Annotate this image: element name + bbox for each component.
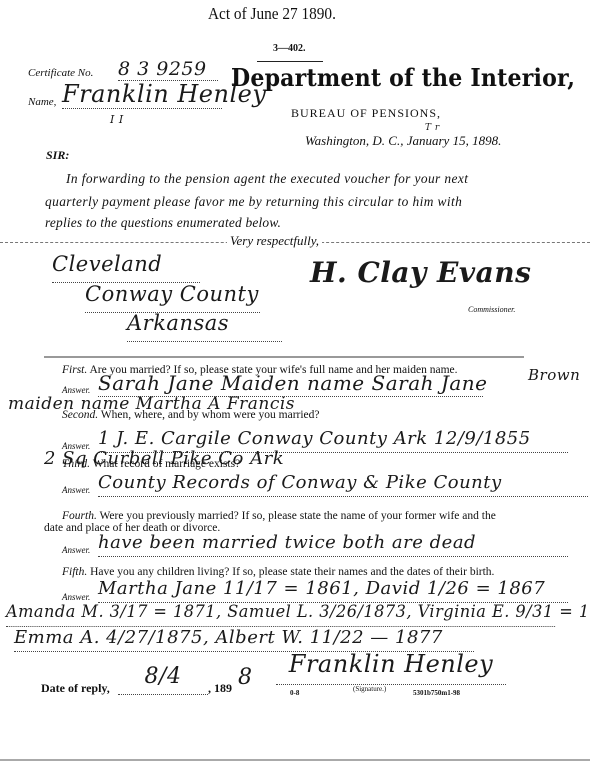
- form-code-1: 0-8: [290, 689, 299, 697]
- question-3-text: What record of marriage exists?: [93, 458, 241, 470]
- question-1-ordinal: First.: [62, 364, 87, 376]
- header-rule: [257, 61, 323, 62]
- form-code-2: 5301b750m1-98: [413, 689, 460, 697]
- answer-5-line-1: Martha Jane 11/17 = 1861, David 1/26 = 1…: [98, 578, 568, 603]
- answer-4-label: Answer.: [62, 545, 90, 555]
- commissioner-title: Commissioner.: [468, 305, 515, 314]
- answer-5-line-2: Amanda M. 3/17 = 1871, Samuel L. 3/26/18…: [6, 602, 555, 627]
- question-2-ordinal: Second.: [62, 409, 98, 421]
- letter-body-line-3: replies to the questions enumerated belo…: [45, 215, 281, 231]
- closing: Very respectfully,: [227, 233, 322, 249]
- form-number: 3—402.: [273, 43, 306, 54]
- name-value: Franklin Henley: [62, 80, 222, 109]
- certificate-number: 8 3 9259: [118, 58, 218, 81]
- date-year-suffix: 8: [238, 665, 253, 690]
- question-4-text-1: Were you previously married? If so, plea…: [100, 510, 496, 522]
- answer-1-extra: Brown: [528, 366, 580, 384]
- date-year-prefix: , 189: [208, 681, 232, 696]
- location-date: Washington, D. C., January 15, 1898.: [305, 133, 501, 149]
- question-4-ordinal: Fourth.: [62, 510, 97, 522]
- bureau-name: BUREAU OF PENSIONS,: [291, 106, 441, 121]
- department-title: Department of the Interior,: [231, 63, 575, 92]
- date-of-reply-value: 8/4: [118, 664, 208, 695]
- name-label: Name,: [28, 96, 56, 108]
- address-line-2: Conway County: [85, 282, 260, 313]
- question-5: Fifth. Have you any children living? If …: [62, 566, 494, 578]
- answer-3-label: Answer.: [62, 485, 90, 495]
- salutation: SIR:: [46, 148, 69, 163]
- answer-3-line-1: County Records of Conway & Pike County: [98, 472, 588, 497]
- signature-label: (Signature.): [353, 685, 386, 693]
- commissioner-signature: H. Clay Evans: [310, 256, 531, 289]
- section-rule: [44, 356, 524, 358]
- question-3: Third. What record of marriage exists?: [62, 458, 240, 470]
- question-5-text: Have you any children living? If so, ple…: [90, 566, 494, 578]
- answer-5-line-3: Emma A. 4/27/1875, Albert W. 11/22 — 187…: [14, 627, 474, 652]
- certificate-label: Certificate No.: [28, 67, 93, 79]
- date-of-reply-label: Date of reply,: [41, 681, 110, 696]
- address-line-3: Arkansas: [127, 311, 282, 342]
- answer-4-line-1: have been married twice both are dead: [98, 532, 568, 557]
- question-4: Fourth. Were you previously married? If …: [62, 510, 496, 522]
- question-3-ordinal: Third.: [62, 458, 90, 470]
- question-2: Second. When, where, and by whom were yo…: [62, 409, 320, 421]
- act-header: Act of June 27 1890.: [208, 4, 336, 24]
- name-annotation: I I: [110, 113, 124, 126]
- stamp-mark: T r: [425, 123, 440, 133]
- address-line-1: Cleveland: [52, 252, 200, 283]
- reply-signature: Franklin Henley: [276, 650, 506, 685]
- question-5-ordinal: Fifth.: [62, 566, 87, 578]
- letter-body-line-1: In forwarding to the pension agent the e…: [66, 171, 468, 187]
- question-2-text: When, where, and by whom were you marrie…: [101, 409, 320, 421]
- bottom-rule: [0, 759, 590, 761]
- answer-5-label: Answer.: [62, 592, 90, 602]
- letter-body-line-2: quarterly payment please favor me by ret…: [45, 194, 462, 210]
